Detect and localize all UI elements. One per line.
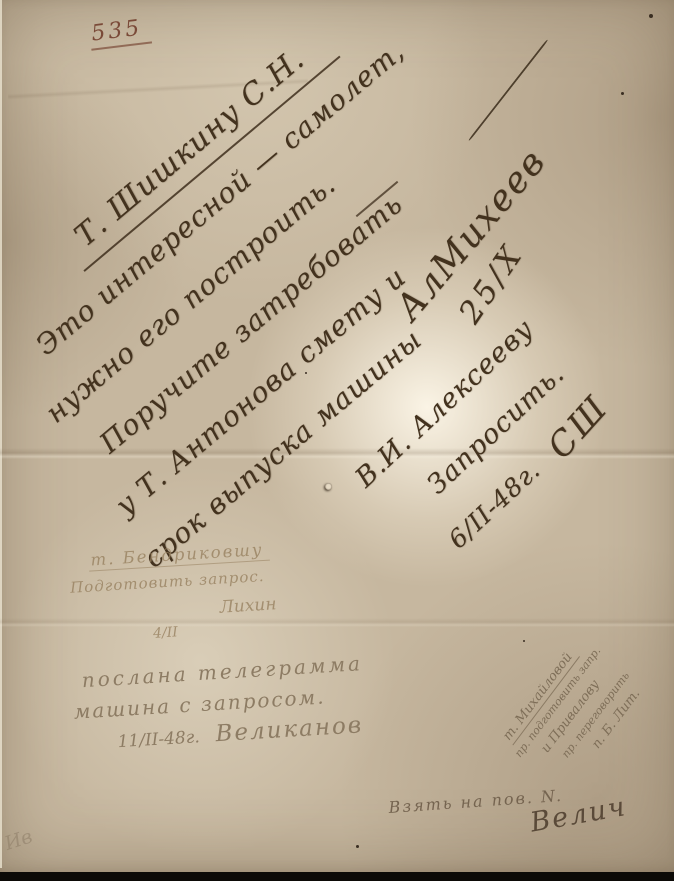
dust-speck (305, 372, 307, 374)
dust-speck (621, 92, 624, 95)
pencil-note: т. Бендриковшу Подготовить запрос. Лихин… (66, 530, 438, 756)
scanned-document: 535 Т. Шишкину С.Н. Это интересной — сам… (0, 0, 674, 881)
scanner-edge (0, 0, 2, 868)
dust-speck (523, 640, 525, 642)
status-date: 11/II-48г. (117, 727, 200, 752)
hole-punch (325, 483, 332, 490)
pencil-date: 4/II (153, 609, 431, 642)
dust-speck (649, 14, 653, 18)
dust-speck (356, 845, 359, 848)
